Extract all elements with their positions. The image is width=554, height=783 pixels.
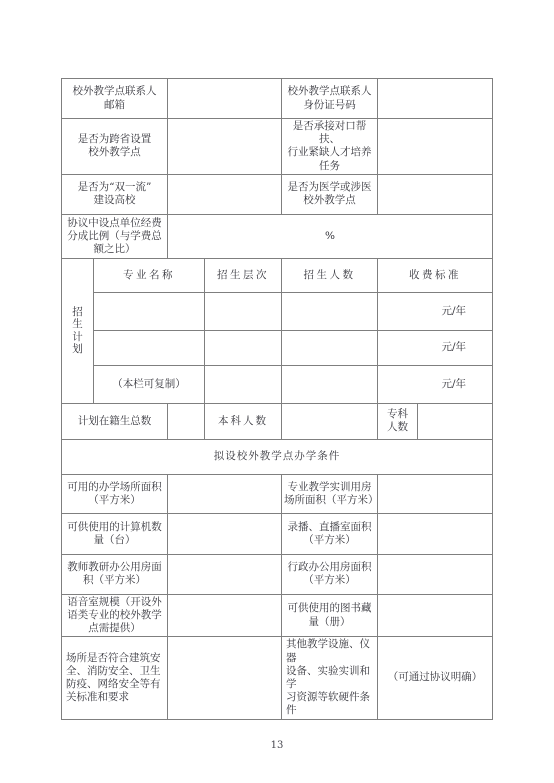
row-registered-students: 计划在籍生总数 本科人数 专科 人数 [62,403,493,439]
enrollment-level-cell [205,330,282,365]
enrollment-count-cell [282,330,378,365]
enrollment-fee-unit: 元/年 [378,292,493,330]
condition-row: 语音室规模（开设外 语类专业的校外教学 点需提供） 可供使用的图书藏 量（册） [62,594,493,637]
row-enrollment-header: 招 生 计 划 专业名称 招生层次 招生人数 收费标准 [62,258,493,292]
row-cross-province: 是否为跨省设置 校外教学点 是否承接对口帮扶、 行业紧缺人才培养 任务 [62,119,493,175]
document-page: 校外教学点联系人 邮箱 校外教学点联系人 身份证号码 是否为跨省设置 校外教学点… [0,0,554,783]
enrollment-major-cell: （本栏可复制） [94,365,205,403]
row-double-first-class: 是否为“双一流” 建设高校 是否为医学或涉医 校外教学点 [62,174,493,214]
enrollment-major-cell [94,330,205,365]
row-funding-share: 协议中设点单位经费 分成比例（与学费总 额之比） % [62,214,493,258]
computer-count-label: 可供使用的计算机数 量（台） [62,513,168,554]
medical-site-label: 是否为医学或涉医 校外教学点 [282,174,378,214]
enrollment-row: （本栏可复制） 元/年 [62,365,493,403]
paired-assistance-label: 是否承接对口帮扶、 行业紧缺人才培养 任务 [282,119,378,175]
application-form-table: 校外教学点联系人 邮箱 校外教学点联系人 身份证号码 是否为跨省设置 校外教学点… [61,78,493,720]
enrollment-plan-side-label: 招 生 计 划 [62,258,94,403]
double-first-class-value-cell [168,174,282,214]
studio-area-label: 录播、直播室面积 （平方米） [282,513,378,554]
row-contact: 校外教学点联系人 邮箱 校外教学点联系人 身份证号码 [62,79,493,119]
library-collection-value-cell [378,594,493,637]
page-number: 13 [0,740,554,751]
site-area-label: 可用的办学场所面积 （平方米） [62,474,168,513]
junior-college-count-label: 专科 人数 [378,403,418,439]
registered-students-label: 计划在籍生总数 [62,403,168,439]
enrollment-count-cell [282,365,378,403]
row-conditions-title: 拟设校外教学点办学条件 [62,439,493,474]
enrollment-fee-unit: 元/年 [378,330,493,365]
undergraduate-count-label: 本科人数 [205,403,282,439]
contact-id-label: 校外教学点联系人 身份证号码 [282,79,378,119]
enrollment-level-cell [205,292,282,330]
language-lab-label: 语音室规模（开设外 语类专业的校外教学 点需提供） [62,594,168,637]
studio-area-value-cell [378,513,493,554]
funding-share-value-cell: % [168,214,493,258]
other-facilities-label: 其他教学设施、仪器 设备、实验实训和学 习资源等软硬件条 件 [282,637,378,719]
enrollment-row: 元/年 [62,292,493,330]
library-collection-label: 可供使用的图书藏 量（册） [282,594,378,637]
contact-email-value-cell [168,79,282,119]
language-lab-value-cell [168,594,282,637]
enrollment-level-cell [205,365,282,403]
teacher-office-area-label: 教师教研办公用房面 积（平方米） [62,554,168,594]
junior-college-count-value-cell [418,403,493,439]
condition-row: 可用的办学场所面积 （平方米） 专业教学实训用房 场所面积（平方米） [62,474,493,513]
site-area-value-cell [168,474,282,513]
cross-province-value-cell [168,119,282,175]
undergraduate-count-value-cell [282,403,378,439]
contact-id-value-cell [378,79,493,119]
registered-students-value-cell [168,403,205,439]
enrollment-header-fee: 收费标准 [378,258,493,292]
training-room-area-value-cell [378,474,493,513]
condition-row: 场所是否符合建筑安 全、消防安全、卫生 防疫、网络安全等有 关标准和要求 其他教… [62,637,493,719]
safety-standards-value-cell [168,637,282,719]
enrollment-major-cell [94,292,205,330]
condition-row: 可供使用的计算机数 量（台） 录播、直播室面积 （平方米） [62,513,493,554]
enrollment-fee-unit: 元/年 [378,365,493,403]
enrollment-count-cell [282,292,378,330]
condition-row: 教师教研办公用房面 积（平方米） 行政办公用房面积 （平方米） [62,554,493,594]
admin-office-area-label: 行政办公用房面积 （平方米） [282,554,378,594]
safety-standards-label: 场所是否符合建筑安 全、消防安全、卫生 防疫、网络安全等有 关标准和要求 [62,637,168,719]
double-first-class-label: 是否为“双一流” 建设高校 [62,174,168,214]
admin-office-area-value-cell [378,554,493,594]
paired-assistance-value-cell [378,119,493,175]
contact-email-label: 校外教学点联系人 邮箱 [62,79,168,119]
cross-province-label: 是否为跨省设置 校外教学点 [62,119,168,175]
enrollment-header-count: 招生人数 [282,258,378,292]
training-room-area-label: 专业教学实训用房 场所面积（平方米） [282,474,378,513]
funding-share-label: 协议中设点单位经费 分成比例（与学费总 额之比） [62,214,168,258]
other-facilities-value-cell: （可通过协议明确） [378,637,493,719]
conditions-section-title: 拟设校外教学点办学条件 [62,439,493,474]
teacher-office-area-value-cell [168,554,282,594]
medical-site-value-cell [378,174,493,214]
enrollment-header-major: 专业名称 [94,258,205,292]
computer-count-value-cell [168,513,282,554]
enrollment-header-level: 招生层次 [205,258,282,292]
enrollment-row: 元/年 [62,330,493,365]
